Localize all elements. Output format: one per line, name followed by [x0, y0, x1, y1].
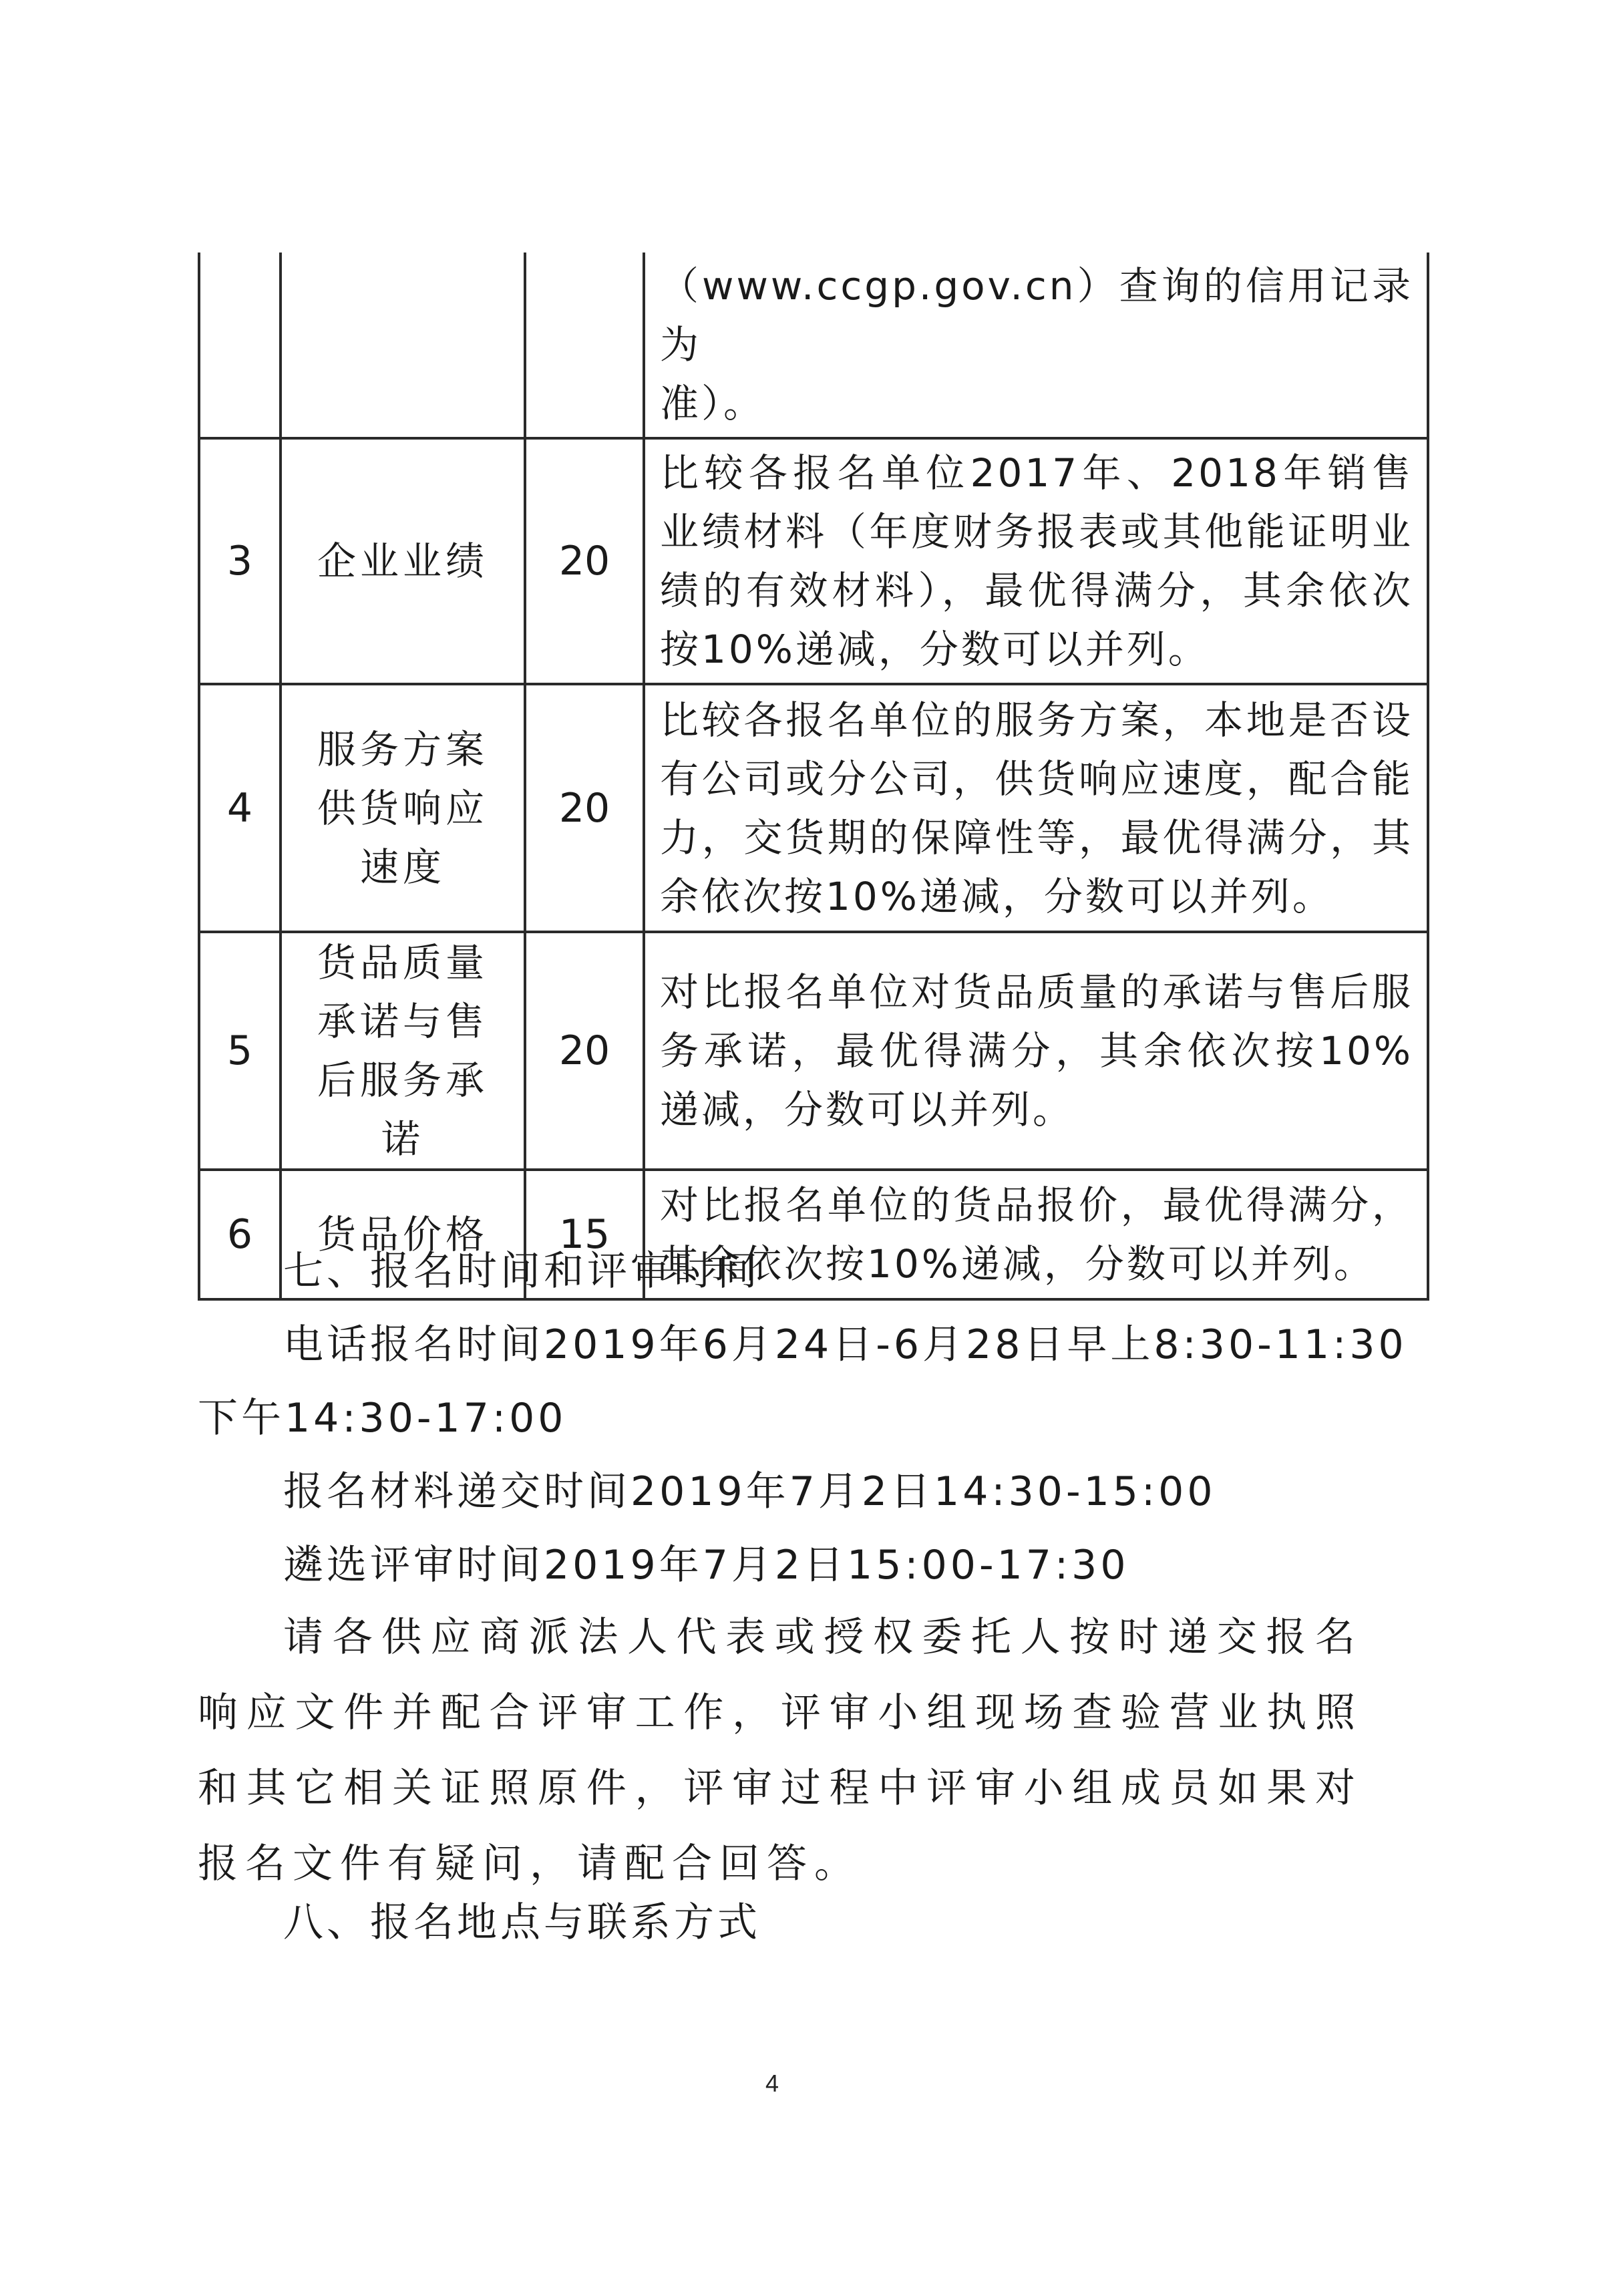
points-cell	[525, 253, 644, 438]
row-number-cell	[199, 253, 281, 438]
item-name-cell: 企业业绩	[281, 438, 525, 684]
section-8-heading: 八、报名地点与联系方式	[198, 1891, 1485, 1948]
criteria-line: 准）。	[660, 374, 1413, 433]
section-7-heading: 七、报名时间和评审时间	[198, 1239, 1485, 1297]
points-cell: 20	[525, 684, 644, 932]
item-name-cell: 服务方案供货响应速度	[281, 684, 525, 932]
phone-registration-time: 电话报名时间2019年6月24日-6月28日早上8:30-11:30	[198, 1313, 1485, 1370]
criteria-cell: 比较各报名单位的服务方案，本地是否设有公司或分公司，供货响应速度，配合能力，交货…	[644, 684, 1428, 932]
item-name-cell	[281, 253, 525, 438]
table-row: 5 货品质量承诺与售后服务承诺 20 对比报名单位对货品质量的承诺与售后服务承诺…	[199, 932, 1428, 1170]
item-name-cell: 货品质量承诺与售后服务承诺	[281, 932, 525, 1170]
page-number: 4	[765, 2070, 779, 2098]
review-time: 遴选评审时间2019年7月2日15:00-17:30	[198, 1533, 1485, 1591]
scoring-criteria-table: （www.ccgp.gov.cn）查询的信用记录为 准）。 3 企业业绩 20 …	[198, 253, 1429, 1301]
points-cell: 20	[525, 932, 644, 1170]
row-number-cell: 4	[199, 684, 281, 932]
submission-notice-paragraph: 请各供应商派法人代表或授权委托人按时递交报名响应文件并配合评审工作，评审小组现场…	[198, 1600, 1363, 1902]
table-row-continuation: （www.ccgp.gov.cn）查询的信用记录为 准）。	[199, 253, 1428, 438]
material-submission-time: 报名材料递交时间2019年7月2日14:30-15:00	[198, 1460, 1485, 1517]
table-row: 4 服务方案供货响应速度 20 比较各报名单位的服务方案，本地是否设有公司或分公…	[199, 684, 1428, 932]
phone-registration-time-afternoon: 下午14:30-17:00	[198, 1386, 1400, 1444]
criteria-cell: 对比报名单位对货品质量的承诺与售后服务承诺，最优得满分，其余依次按10%递减，分…	[644, 932, 1428, 1170]
criteria-line: （www.ccgp.gov.cn）查询的信用记录为	[660, 257, 1413, 374]
row-number-cell: 3	[199, 438, 281, 684]
criteria-cell: 比较各报名单位2017年、2018年销售业绩材料（年度财务报表或其他能证明业绩的…	[644, 438, 1428, 684]
row-number-cell: 5	[199, 932, 281, 1170]
document-page: （www.ccgp.gov.cn）查询的信用记录为 准）。 3 企业业绩 20 …	[0, 0, 1609, 2296]
table-row: 3 企业业绩 20 比较各报名单位2017年、2018年销售业绩材料（年度财务报…	[199, 438, 1428, 684]
criteria-cell: （www.ccgp.gov.cn）查询的信用记录为 准）。	[644, 253, 1428, 438]
points-cell: 20	[525, 438, 644, 684]
